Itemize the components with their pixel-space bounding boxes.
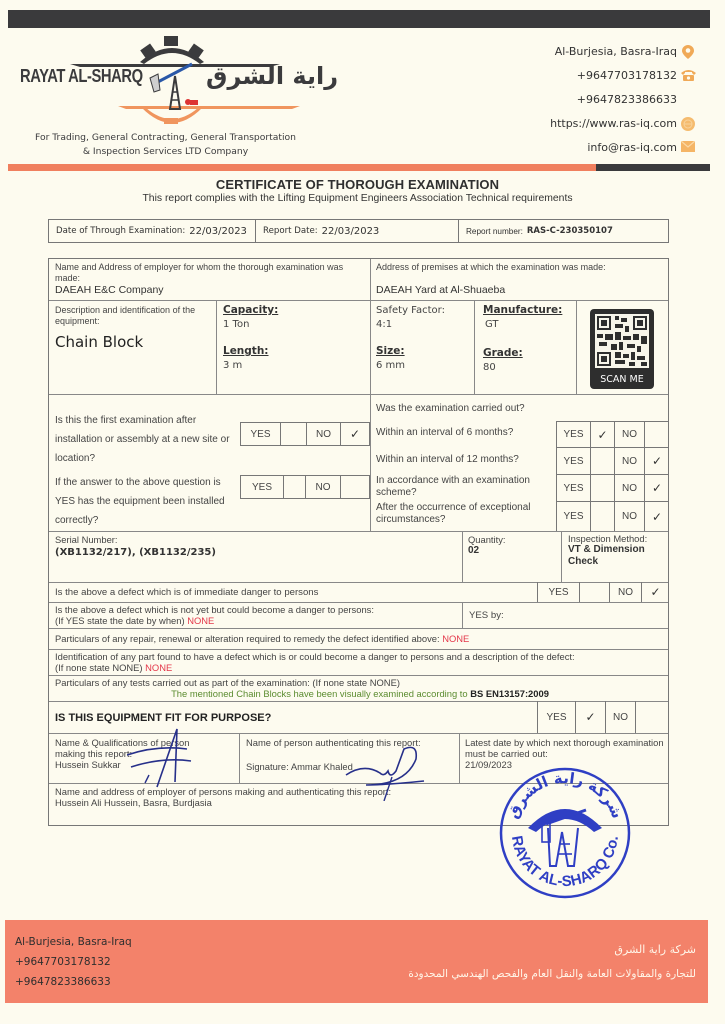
carried-out-question: Within an interval of 12 months?	[376, 454, 556, 466]
premises-value: DAEAH Yard at Al-Shuaeba	[376, 285, 666, 296]
contact-address: Al-Burjesia, Basra-Iraq	[550, 40, 695, 64]
grade-label: Grade:	[483, 348, 573, 359]
header-divider-orange	[8, 164, 596, 171]
footer-band: Al-Burjesia, Basra-Iraq +9647703178132 +…	[5, 920, 708, 1003]
installed-correctly-question: If the answer to the above question is Y…	[55, 473, 240, 530]
future-danger-value: NONE	[187, 615, 214, 626]
footer-arabic-line-1: شركة راية الشرق	[408, 938, 696, 962]
equipment-description-value: Chain Block	[55, 337, 215, 348]
examination-table: Name and Address of employer for whom th…	[48, 258, 669, 826]
repair-value: NONE	[442, 633, 469, 644]
carried-out-heading: Was the examination carried out?	[376, 403, 525, 414]
certificate-title: CERTIFICATE OF THOROUGH EXAMINATION	[0, 177, 715, 192]
carried-out-no-box[interactable]: ✓	[645, 475, 669, 501]
carried-out-yes-label: YES	[557, 448, 591, 474]
report-number-label: Report number:	[466, 227, 523, 236]
carried-out-yes-box[interactable]: ✓	[591, 422, 615, 447]
manufacture-grade-cell: Manufacture: GT Grade: 80	[483, 305, 573, 373]
safety-size-cell: Safety Factor: 4:1 Size: 6 mm	[376, 305, 466, 371]
header-divider-dark	[596, 164, 710, 171]
exam-date-cell: Date of Through Examination: 22/03/2023	[49, 220, 256, 242]
footer-contacts: Al-Burjesia, Basra-Iraq +9647703178132 +…	[15, 932, 132, 992]
telephone-icon	[681, 69, 695, 83]
carried-out-no-label: NO	[615, 422, 645, 447]
premises-cell: Address of premises at which the examina…	[376, 262, 666, 296]
fit-for-purpose-answer: YES ✓ NO	[537, 701, 669, 733]
first-exam-yes-label: YES	[241, 423, 281, 445]
next-exam-label: Latest date by which next thorough exami…	[465, 737, 665, 759]
report-number-value: RAS-C-230350107	[527, 226, 613, 236]
footer-address: Al-Burjesia, Basra-Iraq	[15, 932, 132, 952]
carried-out-yes-box[interactable]	[591, 502, 615, 531]
defect-part-label: Identification of any part found to have…	[55, 651, 575, 662]
contact-email: info@ras-iq.com	[550, 136, 695, 160]
contact-website-link[interactable]: https://www.ras-iq.com	[550, 115, 677, 133]
brand-name-arabic: راية الشرق	[206, 62, 338, 90]
safety-factor-value: 4:1	[376, 319, 466, 330]
contact-website: https://www.ras-iq.com	[550, 112, 695, 136]
footer-arabic-line-2: للتجارة والمقاولات العامة والنقل العام و…	[408, 962, 696, 986]
globe-icon	[681, 117, 695, 131]
first-exam-no-label: NO	[307, 423, 341, 445]
carried-out-no-box[interactable]: ✓	[645, 502, 669, 531]
immediate-danger-no-label: NO	[610, 582, 642, 602]
installed-no-box[interactable]	[341, 476, 369, 498]
equipment-description-cell: Description and identification of the eq…	[55, 305, 215, 348]
future-danger-question: Is the above a defect which is not yet b…	[55, 604, 374, 615]
defect-part-cell: Identification of any part found to have…	[55, 651, 575, 673]
carried-out-answer: YESNO✓	[556, 502, 669, 532]
tests-label: Particulars of any tests carried out as …	[55, 677, 665, 688]
carried-out-question: Within an interval of 6 months?	[376, 427, 556, 439]
report-date-value: 22/03/2023	[322, 226, 380, 237]
length-value: 3 m	[223, 360, 363, 371]
first-exam-answer: YES NO ✓	[240, 422, 370, 446]
carried-out-no-label: NO	[615, 502, 645, 531]
report-date-cell: Report Date: 22/03/2023	[256, 220, 459, 242]
immediate-danger-no-box[interactable]: ✓	[642, 582, 669, 602]
manufacture-value: GT	[483, 319, 573, 330]
immediate-danger-answer: YES NO ✓	[537, 582, 669, 602]
location-pin-icon	[681, 45, 695, 59]
qr-code-pattern	[595, 314, 649, 368]
footer-arabic-name: شركة راية الشرق للتجارة والمقاولات العام…	[408, 938, 696, 986]
exam-date-label: Date of Through Examination:	[56, 226, 185, 236]
repair-cell: Particulars of any repair, renewal or al…	[55, 633, 469, 644]
repair-label: Particulars of any repair, renewal or al…	[55, 633, 440, 644]
carried-out-answer: YESNO✓	[556, 448, 669, 475]
employer-label: Name and Address of employer for whom th…	[55, 262, 365, 284]
serial-cell: Serial Number: (XB1132/217), (XB1132/235…	[55, 534, 216, 558]
defect-part-note: (If none state NONE)	[55, 662, 143, 673]
envelope-icon	[681, 141, 695, 155]
carried-out-question: In accordance with an examination scheme…	[376, 475, 556, 499]
employer-of-persons-cell: Name and address of employer of persons …	[55, 786, 391, 808]
carried-out-no-box[interactable]: ✓	[645, 448, 669, 474]
serial-label: Serial Number:	[55, 534, 216, 545]
manufacture-label: Manufacture:	[483, 305, 573, 316]
fit-yes-label: YES	[538, 701, 576, 733]
carried-out-no-label: NO	[615, 475, 645, 501]
contact-phone-2-text[interactable]: +9647823386633	[577, 91, 677, 109]
contact-phone-2: +9647823386633	[550, 88, 695, 112]
footer-phone-1[interactable]: +9647703178132	[15, 952, 132, 972]
fit-for-purpose-question: IS THIS EQUIPMENT FIT FOR PURPOSE?	[55, 713, 271, 724]
carried-out-answer: YES✓NO	[556, 421, 669, 448]
yes-by-label: YES by:	[469, 610, 504, 621]
immediate-danger-question: Is the above a defect which is of immedi…	[55, 587, 318, 598]
employer-cell: Name and Address of employer for whom th…	[55, 262, 365, 296]
tests-value: The mentioned Chain Blocks have been vis…	[171, 688, 468, 699]
contact-email-link[interactable]: info@ras-iq.com	[587, 139, 677, 157]
future-danger-cell: Is the above a defect which is not yet b…	[55, 604, 374, 626]
capacity-value: 1 Ton	[223, 319, 363, 330]
quantity-value: 02	[468, 545, 506, 556]
size-value: 6 mm	[376, 360, 466, 371]
carried-out-answer: YESNO✓	[556, 475, 669, 502]
quantity-label: Quantity:	[468, 534, 506, 545]
immediate-danger-yes-box[interactable]	[580, 582, 610, 602]
installed-no-label: NO	[306, 476, 341, 498]
first-exam-question: Is this the first examination after inst…	[55, 411, 235, 468]
carried-out-yes-label: YES	[557, 502, 591, 531]
fit-no-label: NO	[606, 701, 636, 733]
fit-no-box[interactable]	[636, 701, 669, 733]
header-top-bar	[8, 10, 710, 28]
future-danger-note: (If YES state the date by when)	[55, 615, 185, 626]
equipment-description-label: Description and identification of the eq…	[55, 305, 215, 327]
header-contacts: Al-Burjesia, Basra-Iraq +9647703178132 +…	[550, 40, 695, 160]
quantity-cell: Quantity: 02	[468, 534, 506, 556]
signature-ammar-icon	[344, 745, 429, 801]
length-label: Length:	[223, 346, 363, 357]
installed-correctly-answer: YES NO	[240, 475, 370, 499]
signature-hussein-icon	[127, 727, 197, 789]
employer-of-persons-value: Hussein Ali Hussein, Basra, Burdjasia	[55, 797, 391, 808]
carried-out-no-box[interactable]	[645, 422, 669, 447]
employer-value: DAEAH E&C Company	[55, 285, 365, 296]
installed-yes-box[interactable]	[284, 476, 306, 498]
report-meta-row: Date of Through Examination: 22/03/2023 …	[48, 219, 669, 243]
grade-value: 80	[483, 362, 573, 373]
inspection-method-label: Inspection Method:	[568, 533, 664, 544]
tagline-line-1: For Trading, General Contracting, Genera…	[18, 131, 313, 145]
company-stamp-icon: شركة راية الشرق RAYAT AL-SHARQ Co.	[498, 766, 632, 900]
first-exam-no-box[interactable]: ✓	[341, 423, 369, 445]
inspection-method-value: VT & Dimension Check	[568, 544, 664, 568]
size-label: Size:	[376, 346, 466, 357]
fit-yes-box[interactable]: ✓	[576, 701, 606, 733]
tests-cell: Particulars of any tests carried out as …	[55, 677, 665, 699]
certificate-subtitle: This report complies with the Lifting Eq…	[0, 193, 715, 204]
carried-out-yes-box[interactable]	[591, 448, 615, 474]
capacity-length-cell: Capacity: 1 Ton Length: 3 m	[223, 305, 363, 371]
carried-out-yes-box[interactable]	[591, 475, 615, 501]
safety-factor-label: Safety Factor:	[376, 305, 466, 316]
tests-standard: BS EN13157:2009	[470, 688, 549, 699]
capacity-label: Capacity:	[223, 305, 363, 316]
brand-name-english: RAYAT AL-SHARQ	[20, 66, 143, 87]
carried-out-question: After the occurrence of exceptional circ…	[376, 502, 556, 526]
immediate-danger-yes-label: YES	[538, 582, 580, 602]
qr-code[interactable]: SCAN ME	[590, 309, 654, 389]
installed-yes-label: YES	[241, 476, 284, 498]
premises-label: Address of premises at which the examina…	[376, 262, 666, 273]
first-exam-yes-box[interactable]	[281, 423, 307, 445]
contact-phone-1: +9647703178132	[550, 64, 695, 88]
report-number-cell: Report number: RAS-C-230350107	[459, 220, 668, 242]
serial-value: (XB1132/217), (XB1132/235)	[55, 547, 216, 558]
carried-out-no-label: NO	[615, 448, 645, 474]
carried-out-yes-label: YES	[557, 475, 591, 501]
contact-address-text: Al-Burjesia, Basra-Iraq	[555, 43, 677, 61]
defect-part-value: NONE	[145, 662, 172, 673]
footer-phone-2[interactable]: +9647823386633	[15, 972, 132, 992]
inspection-method-cell: Inspection Method: VT & Dimension Check	[568, 533, 664, 568]
report-date-label: Report Date:	[263, 226, 318, 236]
company-tagline: For Trading, General Contracting, Genera…	[18, 131, 313, 159]
carried-out-yes-label: YES	[557, 422, 591, 447]
tagline-line-2: & Inspection Services LTD Company	[18, 145, 313, 159]
contact-phone-1-text[interactable]: +9647703178132	[577, 67, 677, 85]
exam-date-value: 22/03/2023	[189, 226, 247, 237]
qr-scan-me-label: SCAN ME	[590, 374, 654, 385]
employer-of-persons-label: Name and address of employer of persons …	[55, 786, 391, 797]
